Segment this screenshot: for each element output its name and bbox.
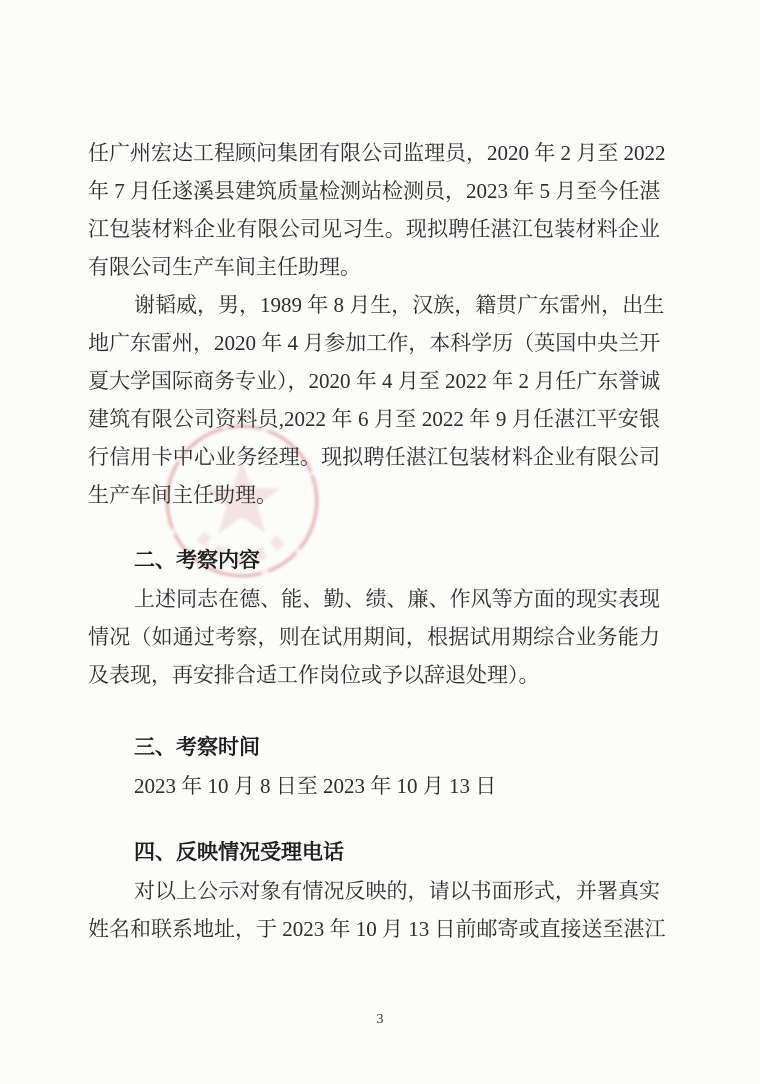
paragraph-inspection-content: 上述同志在德、能、勤、绩、廉、作风等方面的现实表现 情况（如通过考察，则在试用期…: [88, 580, 660, 694]
text-line: 生产车间主任助理。: [88, 476, 660, 514]
document-page: 任广州宏达工程顾问集团有限公司监理员，2020 年 2 月至 2022 年 7 …: [0, 0, 760, 1084]
text-line: 有限公司生产车间主任助理。: [88, 248, 660, 286]
text-line: 对以上公示对象有情况反映的，请以书面形式，并署真实: [88, 872, 660, 910]
text-line-date-range: 2023 年 10 月 8 日至 2023 年 10 月 13 日: [88, 767, 660, 805]
text-line: 情况（如通过考察，则在试用期间，根据试用期综合业务能力: [88, 618, 660, 656]
section-heading-feedback-phone: 四、反映情况受理电话: [88, 834, 660, 872]
section-heading-inspection-time: 三、考察时间: [88, 729, 660, 767]
paragraph-candidate-bio: 谢韬威，男，1989 年 8 月生，汉族，籍贯广东雷州，出生 地广东雷州，202…: [88, 286, 660, 514]
text-line: 上述同志在德、能、勤、绩、廉、作风等方面的现实表现: [88, 580, 660, 618]
text-line: 夏大学国际商务专业），2020 年 4 月至 2022 年 2 月任广东誉诚: [88, 362, 660, 400]
paragraph-continuation: 任广州宏达工程顾问集团有限公司监理员，2020 年 2 月至 2022 年 7 …: [88, 134, 660, 286]
paragraph-feedback-instructions: 对以上公示对象有情况反映的，请以书面形式，并署真实 姓名和联系地址，于 2023…: [88, 872, 660, 948]
text-line: 行信用卡中心业务经理。现拟聘任湛江包装材料企业有限公司: [88, 438, 660, 476]
text-line: 任广州宏达工程顾问集团有限公司监理员，2020 年 2 月至 2022: [88, 134, 660, 172]
text-line: 地广东雷州，2020 年 4 月参加工作，本科学历（英国中央兰开: [88, 324, 660, 362]
text-line: 及表现，再安排合适工作岗位或予以辞退处理）。: [88, 656, 660, 694]
section-heading-inspection-content: 二、考察内容: [88, 542, 660, 580]
page-number: 3: [0, 1012, 760, 1028]
text-line: 谢韬威，男，1989 年 8 月生，汉族，籍贯广东雷州，出生: [88, 286, 660, 324]
text-line: 年 7 月任遂溪县建筑质量检测站检测员，2023 年 5 月至今任湛: [88, 172, 660, 210]
paragraph-inspection-time: 2023 年 10 月 8 日至 2023 年 10 月 13 日: [88, 767, 660, 805]
text-line: 江包装材料企业有限公司见习生。现拟聘任湛江包装材料企业: [88, 210, 660, 248]
document-body: 任广州宏达工程顾问集团有限公司监理员，2020 年 2 月至 2022 年 7 …: [88, 134, 660, 948]
text-line: 姓名和联系地址，于 2023 年 10 月 13 日前邮寄或直接送至湛江: [88, 910, 660, 948]
text-line: 建筑有限公司资料员,2022 年 6 月至 2022 年 9 月任湛江平安银: [88, 400, 660, 438]
